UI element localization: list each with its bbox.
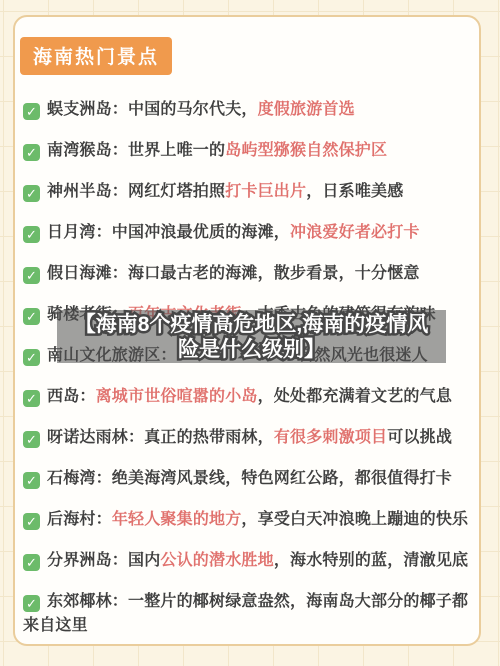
- attraction-text: 离城市世俗喧嚣的小岛: [96, 388, 258, 405]
- caption-overlay: 【海南8个疫情高危地区,海南的疫情风 险是什么级别】: [57, 310, 446, 363]
- attraction-text: 后海村：: [47, 511, 112, 528]
- attraction-text: 呀诺达雨林：真正的热带雨林，: [47, 429, 274, 446]
- caption-line-2: 险是什么级别】: [178, 337, 325, 362]
- check-icon: ✓: [23, 144, 40, 161]
- attraction-item: ✓东郊椰林：一整片的椰树绿意盎然，海南岛大部分的椰子都来自这里: [23, 590, 469, 638]
- attraction-text: 西岛：: [47, 388, 96, 405]
- check-icon: ✓: [23, 390, 40, 407]
- attraction-text: 东郊椰林：一整片的椰树绿意盎然，海南岛大部分的椰子都来自这里: [23, 593, 468, 634]
- check-icon: ✓: [23, 103, 40, 120]
- attraction-text: ，处处都充满着文艺的气息: [258, 388, 452, 405]
- attractions-list: ✓蜈支洲岛：中国的马尔代夫，度假旅游首选✓南湾猴岛：世界上唯一的岛屿型猕猴自然保…: [23, 98, 469, 638]
- attraction-text: ，日系唯美感: [306, 183, 403, 200]
- caption-line-1: 【海南8个疫情高危地区,海南的疫情风: [75, 312, 429, 337]
- attraction-text: 石梅湾：绝美海湾风景线，特色网红公路，都很值得打卡: [47, 470, 452, 487]
- attraction-item: ✓南湾猴岛：世界上唯一的岛屿型猕猴自然保护区: [23, 139, 469, 163]
- check-icon: ✓: [23, 595, 40, 612]
- attraction-text: ，海水特别的蓝，清澈见底: [274, 552, 468, 569]
- attraction-text: 岛屿型猕猴自然保护区: [225, 142, 387, 159]
- check-icon: ✓: [23, 308, 40, 325]
- check-icon: ✓: [23, 349, 40, 366]
- attraction-text: 打卡巨出片: [225, 183, 306, 200]
- attraction-item: ✓后海村：年轻人聚集的地方，享受白天冲浪晚上蹦迪的快乐: [23, 508, 469, 532]
- attraction-text: 有很多刺激项目: [274, 429, 387, 446]
- check-icon: ✓: [23, 185, 40, 202]
- attraction-item: ✓日月湾：中国冲浪最优质的海滩，冲浪爱好者必打卡: [23, 221, 469, 245]
- check-icon: ✓: [23, 513, 40, 530]
- check-icon: ✓: [23, 226, 40, 243]
- attraction-text: 假日海滩：海口最古老的海滩，散步看景，十分惬意: [47, 265, 420, 282]
- attraction-text: 度假旅游首选: [258, 101, 355, 118]
- attraction-text: 南湾猴岛：世界上唯一的: [47, 142, 225, 159]
- attraction-text: ，享受白天冲浪晚上蹦迪的快乐: [241, 511, 468, 528]
- attraction-text: 神州半岛：网红灯塔拍照: [47, 183, 225, 200]
- attraction-text: 可以挑战: [387, 429, 452, 446]
- attraction-text: 分界洲岛：国内: [47, 552, 160, 569]
- attraction-text: 冲浪爱好者必打卡: [290, 224, 420, 241]
- card-title-badge: 海南热门景点: [20, 37, 172, 75]
- check-icon: ✓: [23, 267, 40, 284]
- attraction-item: ✓呀诺达雨林：真正的热带雨林，有很多刺激项目可以挑战: [23, 426, 469, 450]
- check-icon: ✓: [23, 472, 40, 489]
- attraction-item: ✓神州半岛：网红灯塔拍照打卡巨出片，日系唯美感: [23, 180, 469, 204]
- check-icon: ✓: [23, 554, 40, 571]
- attraction-text: 年轻人聚集的地方: [112, 511, 242, 528]
- attraction-text: 日月湾：中国冲浪最优质的海滩，: [47, 224, 290, 241]
- attraction-item: ✓假日海滩：海口最古老的海滩，散步看景，十分惬意: [23, 262, 469, 286]
- attraction-item: ✓分界洲岛：国内公认的潜水胜地，海水特别的蓝，清澈见底: [23, 549, 469, 573]
- attraction-item: ✓西岛：离城市世俗喧嚣的小岛，处处都充满着文艺的气息: [23, 385, 469, 409]
- attraction-text: 蜈支洲岛：中国的马尔代夫，: [47, 101, 258, 118]
- check-icon: ✓: [23, 431, 40, 448]
- attraction-text: 公认的潜水胜地: [160, 552, 273, 569]
- attraction-item: ✓石梅湾：绝美海湾风景线，特色网红公路，都很值得打卡: [23, 467, 469, 491]
- attraction-item: ✓蜈支洲岛：中国的马尔代夫，度假旅游首选: [23, 98, 469, 122]
